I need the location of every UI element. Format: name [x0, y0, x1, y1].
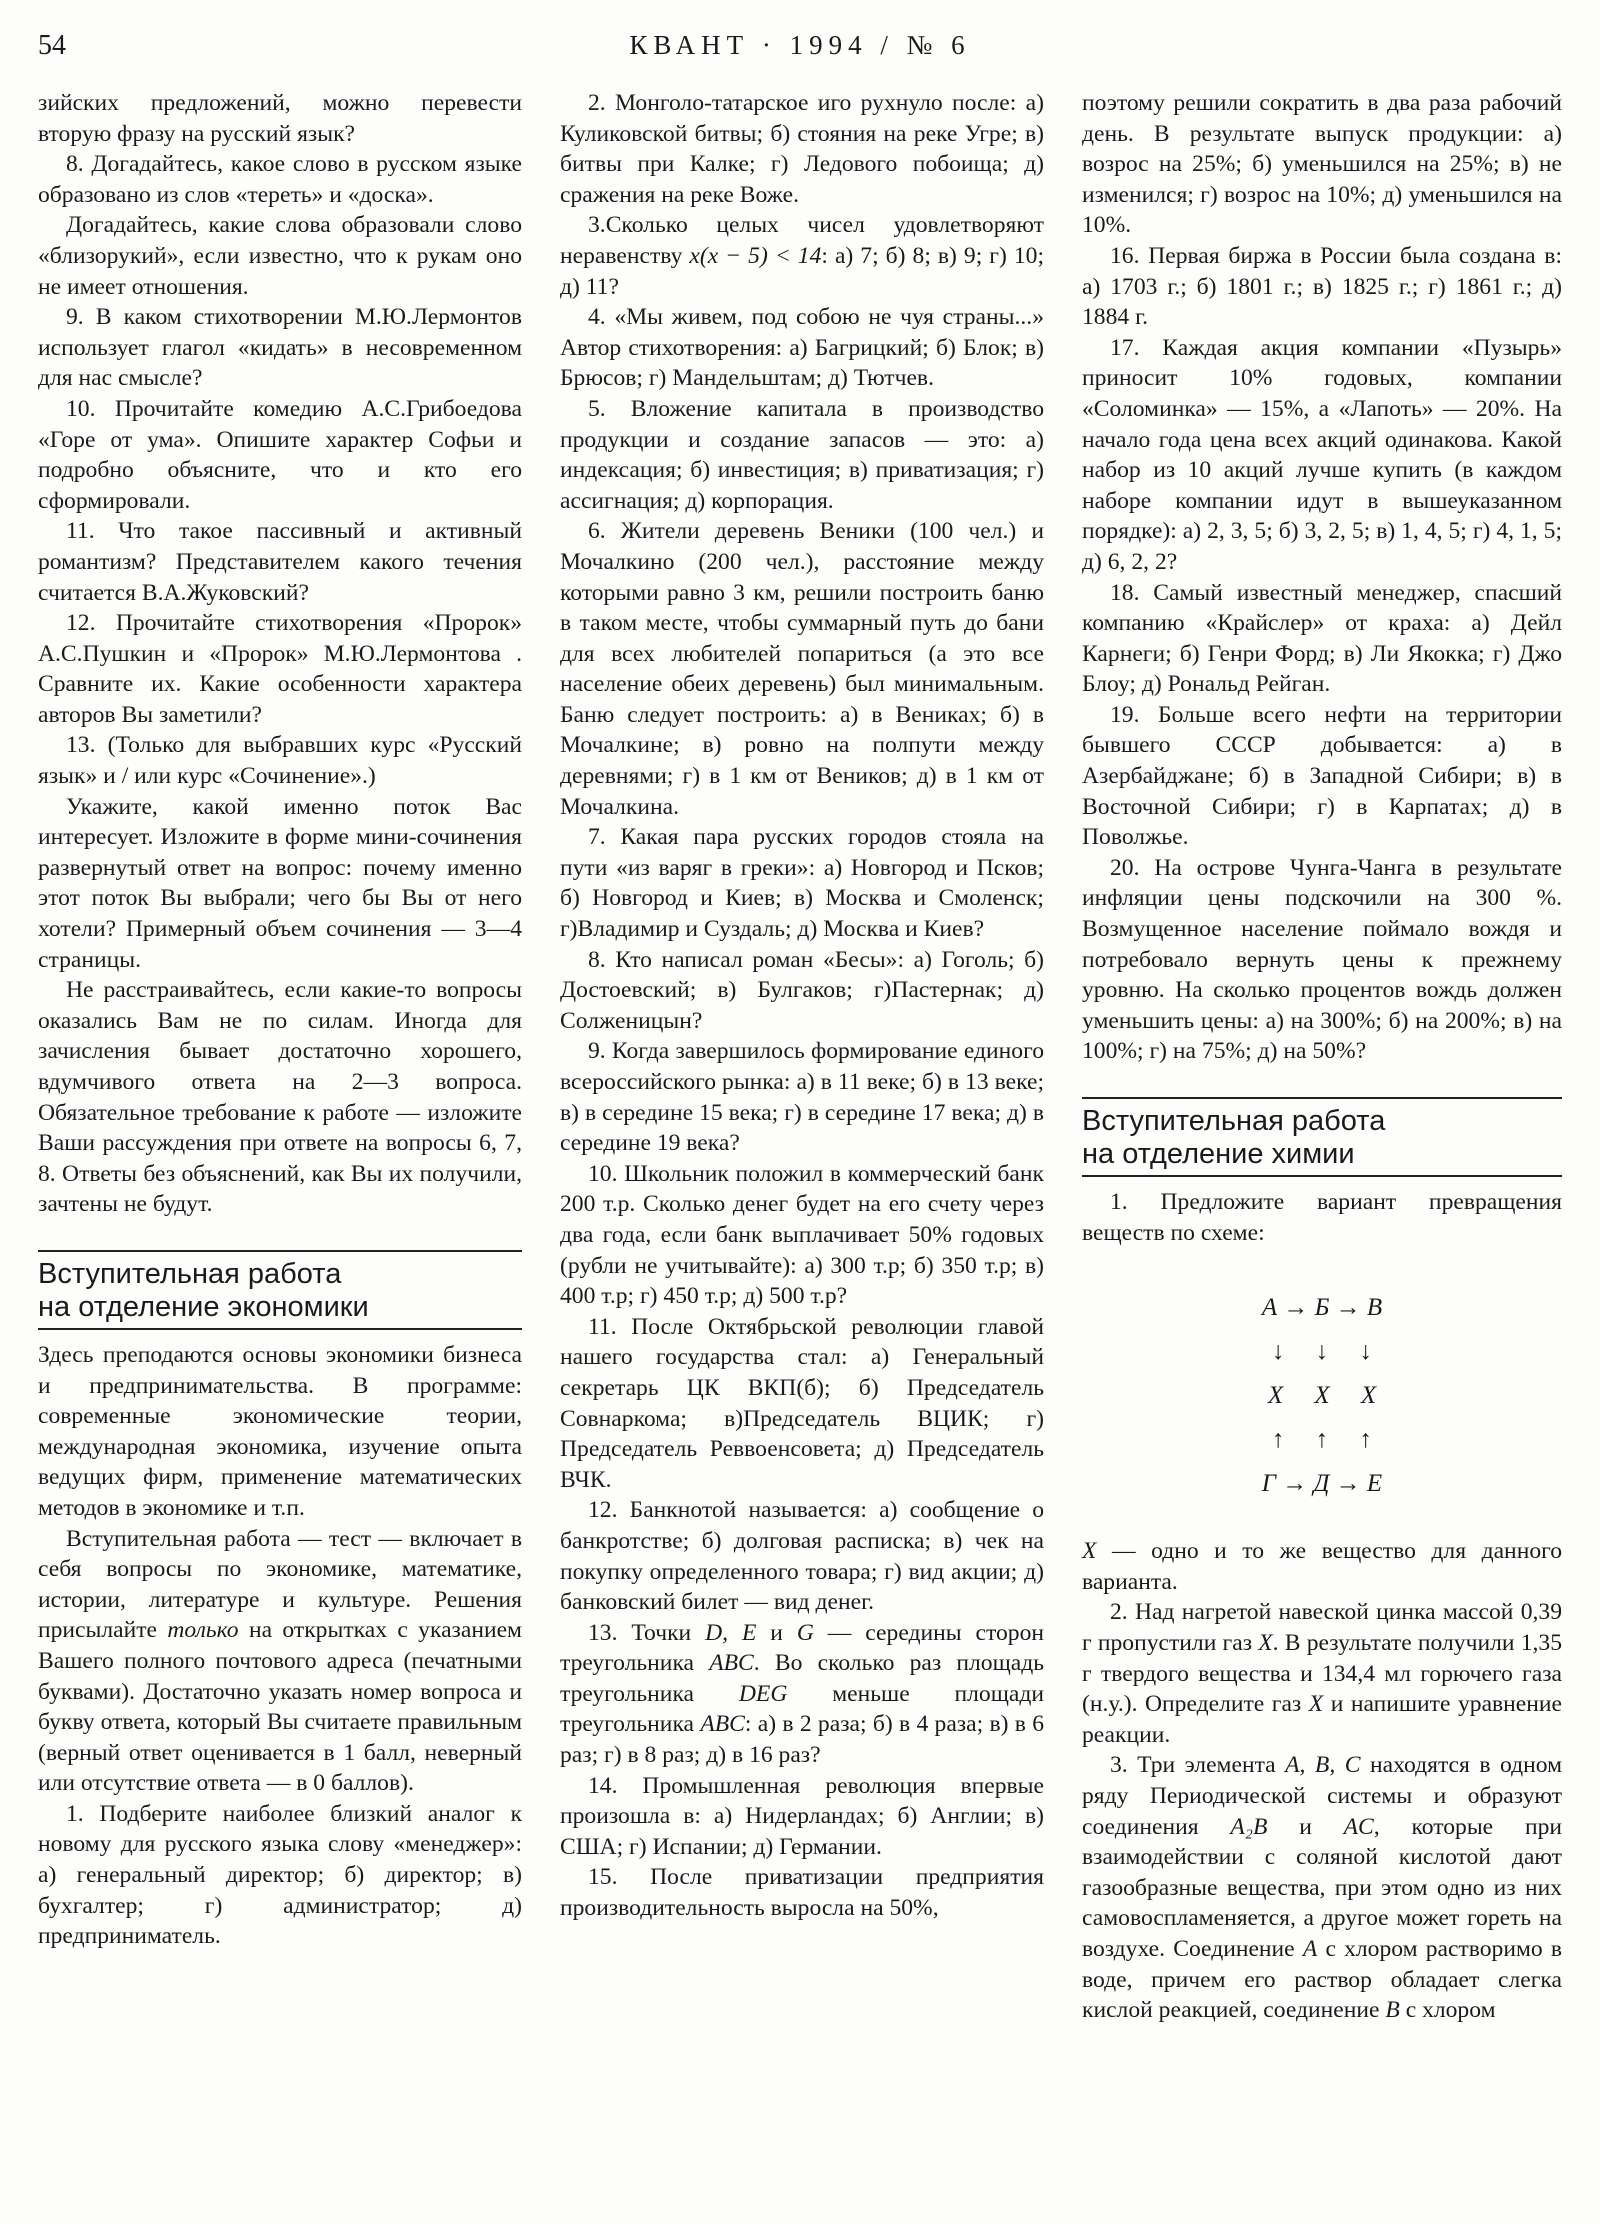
inequality: x(x − 5) < 14	[689, 243, 821, 269]
math: G	[797, 1620, 814, 1646]
column-2: 2. Монголо-татарское иго рухнуло после: …	[560, 88, 1044, 1924]
section-heading-line: на отделение химии	[1082, 1138, 1562, 1171]
question-12: 12. Прочитайте стихотворения «Пророк» А.…	[38, 608, 522, 730]
section-heading-line: на отделение экономики	[38, 1291, 522, 1324]
question-7: 7. Какая пара русских городов стояла на …	[560, 822, 1044, 944]
question-14: 14. Промышленная революция впервые произ…	[560, 1771, 1044, 1863]
question-2: 2. Монголо-татарское иго рухнуло после: …	[560, 88, 1044, 210]
question-5: 5. Вложение капитала в производство прод…	[560, 394, 1044, 516]
math: D, E	[705, 1620, 756, 1646]
paragraph: Не расстраивайтесь, если какие-то вопрос…	[38, 975, 522, 1220]
paragraph: Укажите, какой именно поток Вас интересу…	[38, 792, 522, 976]
question-11: 11. Что такое пассивный и активный роман…	[38, 516, 522, 608]
scheme-row: ↓ ↓ ↓	[1082, 1330, 1562, 1374]
paragraph: Догадайтесь, какие слова образовали слов…	[38, 210, 522, 302]
math: A₂B	[1230, 1814, 1267, 1840]
text: и	[756, 1620, 796, 1646]
column-1: зийских предложений, можно перевести вто…	[38, 88, 522, 1952]
emphasis: только	[167, 1617, 238, 1643]
question-13: 13. (Только для выбравших курс «Русский …	[38, 730, 522, 791]
math: ABC	[709, 1650, 754, 1676]
math: A, B, C	[1285, 1752, 1360, 1778]
chem-question-2: 2. Над нагретой навеской цинка массой 0,…	[1082, 1597, 1562, 1750]
scheme-row: Г → Д → Е	[1082, 1462, 1562, 1506]
question-10: 10. Школьник положил в коммерческий банк…	[560, 1159, 1044, 1312]
transformation-scheme: А → Б → В ↓ ↓ ↓ X X X ↑ ↑ ↑ Г → Д → Е	[1082, 1286, 1562, 1506]
math: B	[1385, 1997, 1399, 2023]
section-heading-economics: Вступительная работа на отделение эконом…	[38, 1250, 522, 1330]
math: A	[1303, 1936, 1317, 1962]
question-15-continued: поэтому решили сократить в два раза рабо…	[1082, 88, 1562, 241]
question-1: 1. Подберите наиболее близкий аналог к н…	[38, 1799, 522, 1952]
text: 13. Точки	[588, 1620, 705, 1646]
math: X	[1082, 1538, 1096, 1564]
section-heading-line: Вступительная работа	[38, 1258, 522, 1291]
scheme-row: А → Б → В	[1082, 1286, 1562, 1330]
math: AC	[1344, 1814, 1374, 1840]
question-16: 16. Первая биржа в России была создана в…	[1082, 241, 1562, 333]
math: X	[1258, 1630, 1272, 1656]
question-10: 10. Прочитайте комедию А.С.Грибоедова «Г…	[38, 394, 522, 516]
question-17: 17. Каждая акция компании «Пузырь» прино…	[1082, 333, 1562, 578]
column-3: поэтому решили сократить в два раза рабо…	[1082, 88, 1562, 2026]
paragraph: X — одно и то же вещество для данного ва…	[1082, 1536, 1562, 1597]
question-4: 4. «Мы живем, под собою не чуя страны...…	[560, 302, 1044, 394]
question-8: 8. Догадайтесь, какое слово в русском яз…	[38, 149, 522, 210]
question-3: 3.Сколько целых чисел удовлетворяют нера…	[560, 210, 1044, 302]
text: с хлором	[1400, 1997, 1496, 2023]
paragraph: зийских предложений, можно перевести вто…	[38, 88, 522, 149]
chem-question-1: 1. Предложите вариант превращения вещест…	[1082, 1187, 1562, 1248]
text: 3. Три элемента	[1110, 1752, 1285, 1778]
paragraph: Вступительная работа — тест — включает в…	[38, 1524, 522, 1799]
text: — одно и то же вещество для данного вари…	[1082, 1538, 1562, 1595]
question-19: 19. Больше всего нефти на территории быв…	[1082, 700, 1562, 853]
math: DEG	[739, 1681, 788, 1707]
text: на открытках с указанием Вашего полного …	[38, 1617, 522, 1796]
chem-question-3: 3. Три элемента A, B, C находятся в одно…	[1082, 1750, 1562, 2025]
question-20: 20. На острове Чунга-Чанга в результате …	[1082, 853, 1562, 1067]
section-heading-chemistry: Вступительная работа на отделение химии	[1082, 1097, 1562, 1177]
question-8: 8. Кто написал роман «Бесы»: а) Гоголь; …	[560, 945, 1044, 1037]
text: и	[1267, 1814, 1343, 1840]
section-heading-line: Вступительная работа	[1082, 1105, 1562, 1138]
paragraph: Здесь преподаются основы экономики бизне…	[38, 1340, 522, 1524]
scheme-row: X X X	[1082, 1374, 1562, 1418]
question-13: 13. Точки D, E и G — середины сторон тре…	[560, 1618, 1044, 1771]
question-11: 11. После Октябрьской революции главой н…	[560, 1312, 1044, 1496]
scheme-row: ↑ ↑ ↑	[1082, 1418, 1562, 1462]
question-15: 15. После приватизации предприятия произ…	[560, 1862, 1044, 1923]
question-9: 9. В каком стихотворении М.Ю.Лермонтов и…	[38, 302, 522, 394]
running-head: КВАНТ · 1994 / № 6	[0, 30, 1600, 61]
question-6: 6. Жители деревень Веники (100 чел.) и М…	[560, 516, 1044, 822]
math: ABC	[700, 1711, 745, 1737]
question-9: 9. Когда завершилось формирование единог…	[560, 1036, 1044, 1158]
math: X	[1309, 1691, 1323, 1717]
question-12: 12. Банкнотой называется: а) сообщение о…	[560, 1495, 1044, 1617]
question-18: 18. Самый известный менеджер, спасший ко…	[1082, 578, 1562, 700]
